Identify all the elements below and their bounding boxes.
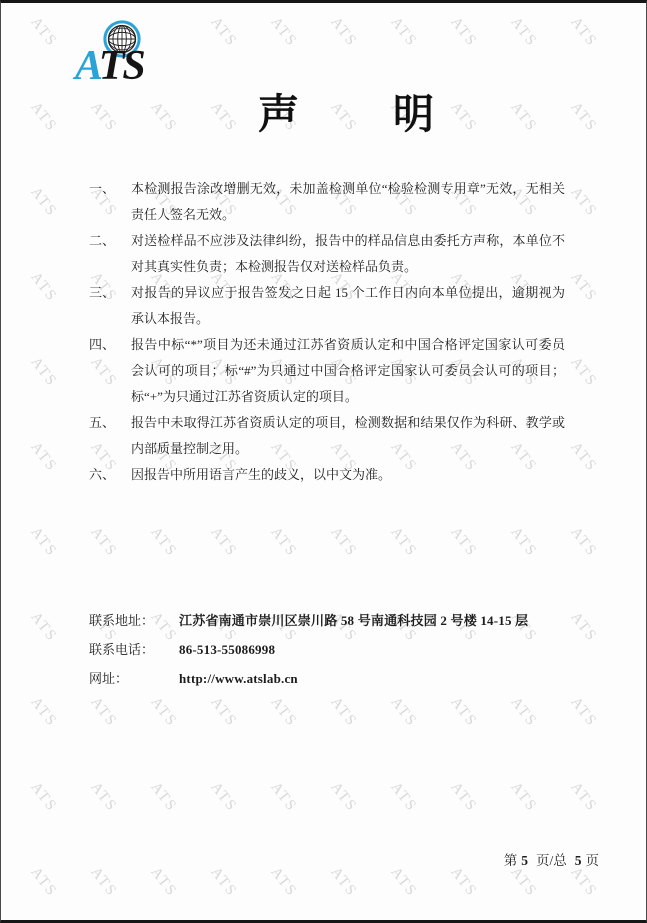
watermark: ATS [27, 99, 61, 135]
watermark: ATS [567, 524, 601, 560]
statement-number: 四、 [89, 332, 131, 410]
statement-text: 报告中标“*”项目为还未通过江苏省资质认定和中国合格评定国家认可委员会认可的项目… [131, 332, 565, 410]
contact-label: 联系电话： [89, 635, 179, 664]
watermark: ATS [87, 779, 121, 815]
watermark: ATS [207, 524, 241, 560]
watermark: ATS [387, 864, 421, 900]
statement-row-3: 三、 对报告的异议应于报告签发之日起 15 个工作日内向本单位提出，逾期视为承认… [89, 280, 565, 332]
watermark: ATS [507, 694, 541, 730]
watermark: ATS [567, 439, 601, 475]
contact-phone-value: 86-513-55086998 [179, 635, 275, 664]
logo-letters-ts: TS [99, 43, 144, 89]
statement-row-5: 五、 报告中未取得江苏省资质认定的项目，检测数据和结果仅作为科研、教学或内部质量… [89, 410, 565, 462]
watermark: ATS [87, 694, 121, 730]
watermark: ATS [147, 779, 181, 815]
watermark: ATS [147, 99, 181, 135]
watermark: ATS [447, 99, 481, 135]
watermark: ATS [27, 439, 61, 475]
watermark: ATS [567, 14, 601, 50]
contact-address-value: 江苏省南通市崇川区崇川路 58 号南通科技园 2 号楼 14-15 层 [179, 606, 528, 635]
watermark: ATS [267, 14, 301, 50]
statement-row-4: 四、 报告中标“*”项目为还未通过江苏省资质认定和中国合格评定国家认可委员会认可… [89, 332, 565, 410]
page-title: 声 明 [258, 91, 434, 137]
logo-text: ATS [75, 43, 144, 89]
watermark: ATS [387, 14, 421, 50]
watermark: ATS [567, 354, 601, 390]
watermark: ATS [207, 694, 241, 730]
watermark: ATS [507, 779, 541, 815]
watermark: ATS [267, 524, 301, 560]
watermark: ATS [147, 694, 181, 730]
statement-row-2: 二、 对送检样品不应涉及法律纠纷，报告中的样品信息由委托方声称，本单位不对其真实… [89, 228, 565, 280]
statement-number: 三、 [89, 280, 131, 332]
watermark: ATS [507, 14, 541, 50]
contact-row-website: 网址： http://www.atslab.cn [89, 664, 569, 693]
page-footer: 第5页/总5页 [504, 848, 599, 874]
watermark: ATS [507, 99, 541, 135]
watermark: ATS [327, 14, 361, 50]
watermark: ATS [567, 99, 601, 135]
watermark: ATS [327, 694, 361, 730]
contact-label: 联系地址： [89, 606, 179, 635]
watermark: ATS [27, 269, 61, 305]
watermark: ATS [27, 184, 61, 220]
statement-row-1: 一、 本检测报告涂改增删无效，未加盖检测单位“检验检测专用章”无效，无相关责任人… [89, 176, 565, 228]
contact-row-address: 联系地址： 江苏省南通市崇川区崇川路 58 号南通科技园 2 号楼 14-15 … [89, 606, 569, 635]
contact-website-value: http://www.atslab.cn [179, 664, 298, 693]
watermark: ATS [87, 864, 121, 900]
declaration-page: ATSATSATSATSATSATSATSATSATSATSATSATSATSA… [0, 0, 647, 923]
watermark: ATS [207, 864, 241, 900]
statement-number: 五、 [89, 410, 131, 462]
watermark: ATS [267, 779, 301, 815]
watermark: ATS [387, 524, 421, 560]
footer-text: 页 [586, 853, 600, 868]
statements-list: 一、 本检测报告涂改增删无效，未加盖检测单位“检验检测专用章”无效，无相关责任人… [89, 176, 565, 488]
watermark: ATS [447, 694, 481, 730]
watermark: ATS [87, 524, 121, 560]
watermark: ATS [207, 99, 241, 135]
watermark: ATS [27, 14, 61, 50]
watermark: ATS [567, 779, 601, 815]
statement-number: 六、 [89, 462, 131, 488]
contact-label: 网址： [89, 664, 179, 693]
title-char-1: 声 [258, 91, 299, 137]
footer-text: 页/总 [536, 853, 567, 868]
footer-total-pages: 5 [575, 853, 582, 868]
watermark: ATS [327, 864, 361, 900]
statement-text: 对送检样品不应涉及法律纠纷，报告中的样品信息由委托方声称，本单位不对其真实性负责… [131, 228, 565, 280]
watermark: ATS [87, 99, 121, 135]
statement-text: 对报告的异议应于报告签发之日起 15 个工作日内向本单位提出，逾期视为承认本报告… [131, 280, 565, 332]
statement-text: 报告中未取得江苏省资质认定的项目，检测数据和结果仅作为科研、教学或内部质量控制之… [131, 410, 565, 462]
watermark: ATS [447, 864, 481, 900]
statement-text: 因报告中所用语言产生的歧义，以中文为准。 [131, 462, 565, 488]
logo-letter-a: A [75, 43, 99, 89]
statement-number: 一、 [89, 176, 131, 228]
watermark: ATS [447, 14, 481, 50]
watermark: ATS [27, 354, 61, 390]
watermark: ATS [27, 609, 61, 645]
contact-section: 联系地址： 江苏省南通市崇川区崇川路 58 号南通科技园 2 号楼 14-15 … [89, 606, 569, 693]
statement-number: 二、 [89, 228, 131, 280]
watermark: ATS [387, 694, 421, 730]
watermark: ATS [567, 609, 601, 645]
watermark: ATS [27, 694, 61, 730]
contact-row-phone: 联系电话： 86-513-55086998 [89, 635, 569, 664]
watermark: ATS [447, 524, 481, 560]
watermark: ATS [267, 864, 301, 900]
watermark: ATS [147, 524, 181, 560]
watermark: ATS [147, 864, 181, 900]
ats-logo: ATS [74, 17, 178, 93]
watermark: ATS [567, 269, 601, 305]
watermark: ATS [387, 779, 421, 815]
footer-text: 第 [504, 853, 518, 868]
footer-page-number: 5 [521, 853, 528, 868]
title-char-2: 明 [393, 91, 434, 137]
watermark: ATS [207, 779, 241, 815]
watermark: ATS [27, 524, 61, 560]
watermark: ATS [267, 694, 301, 730]
watermark: ATS [327, 524, 361, 560]
statement-row-6: 六、 因报告中所用语言产生的歧义，以中文为准。 [89, 462, 565, 488]
statement-text: 本检测报告涂改增删无效，未加盖检测单位“检验检测专用章”无效，无相关责任人签名无… [131, 176, 565, 228]
watermark: ATS [507, 524, 541, 560]
watermark: ATS [207, 14, 241, 50]
watermark: ATS [567, 184, 601, 220]
watermark: ATS [27, 864, 61, 900]
watermark: ATS [567, 694, 601, 730]
watermark: ATS [27, 779, 61, 815]
watermark: ATS [447, 779, 481, 815]
watermark: ATS [327, 779, 361, 815]
